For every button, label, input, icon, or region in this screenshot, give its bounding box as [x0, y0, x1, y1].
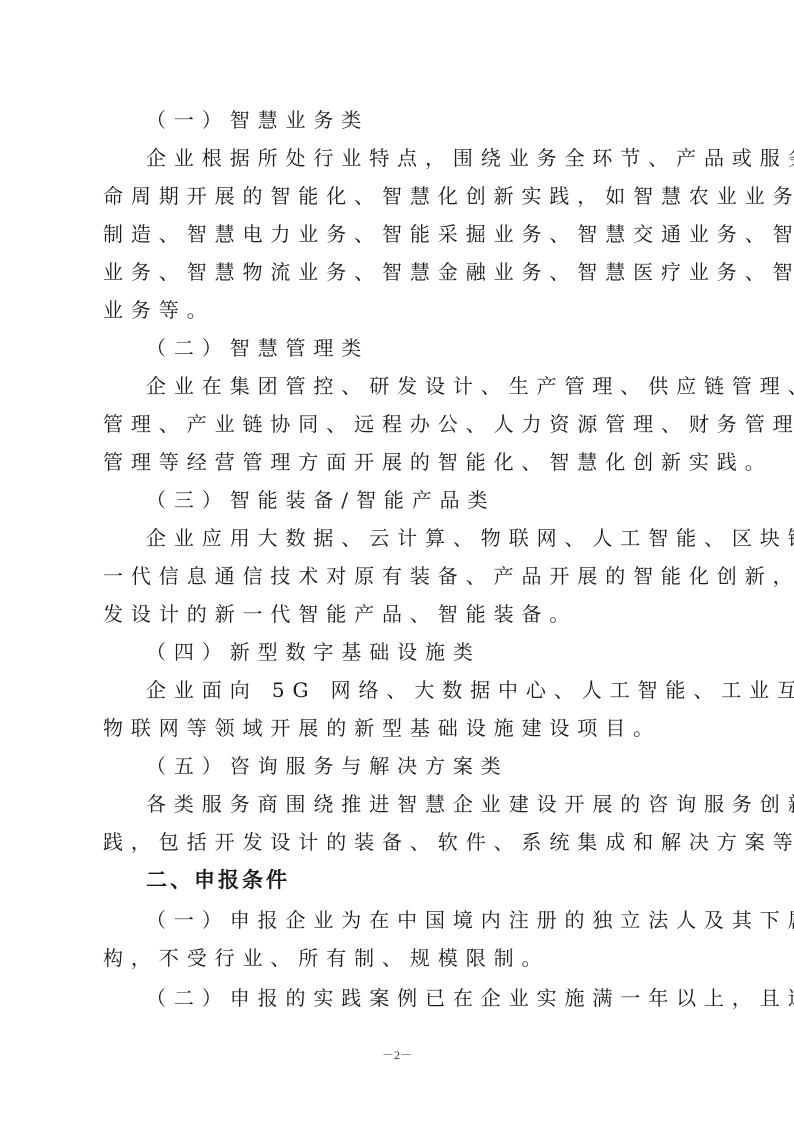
- paragraph-line: 各类服务商围绕推进智慧企业建设开展的咨询服务创新实: [146, 792, 746, 816]
- paragraph-line: 企业应用大数据、云计算、物联网、人工智能、区块链等新: [146, 526, 746, 550]
- section-heading-smart-management: （二）智慧管理类: [146, 336, 746, 360]
- paragraph-line: 企业面向 5G 网络、大数据中心、人工智能、工业互联网、: [146, 678, 746, 702]
- paragraph-line: 构，不受行业、所有制、规模限制。: [103, 946, 703, 970]
- paragraph-line: 命周期开展的智能化、智慧化创新实践，如智慧农业业务、智能: [103, 184, 703, 208]
- section-heading-consulting: （五）咨询服务与解决方案类: [146, 754, 746, 778]
- section-heading-smart-equipment: （三）智能装备/智能产品类: [146, 488, 746, 512]
- paragraph-line: 发设计的新一代智能产品、智能装备。: [103, 602, 703, 626]
- paragraph-line: 管理、产业链协同、远程办公、人力资源管理、财务管理、风险: [103, 412, 703, 436]
- paragraph-line: 管理等经营管理方面开展的智能化、智慧化创新实践。: [103, 450, 703, 474]
- paragraph-line: 业务、智慧物流业务、智慧金融业务、智慧医疗业务、智慧教育: [103, 260, 703, 284]
- paragraph-line: 企业根据所处行业特点，围绕业务全环节、产品或服务全生: [146, 146, 746, 170]
- paragraph-line: （二）申报的实践案例已在企业实施满一年以上，且运行状: [146, 986, 746, 1010]
- paragraph-line: 业务等。: [103, 298, 703, 322]
- paragraph-line: （一）申报企业为在中国境内注册的独立法人及其下属机: [146, 908, 746, 932]
- paragraph-line: 制造、智慧电力业务、智能采掘业务、智慧交通业务、智慧零售: [103, 222, 703, 246]
- chapter-heading-application-conditions: 二、申报条件: [146, 868, 746, 892]
- page-number: －2－: [0, 1046, 794, 1063]
- paragraph-line: 企业在集团管控、研发设计、生产管理、供应链管理、销售: [146, 374, 746, 398]
- paragraph-line: 一代信息通信技术对原有装备、产品开展的智能化创新，以及研: [103, 564, 703, 588]
- section-heading-digital-infrastructure: （四）新型数字基础设施类: [146, 640, 746, 664]
- paragraph-line: 践，包括开发设计的装备、软件、系统集成和解决方案等。: [103, 830, 703, 854]
- section-heading-smart-business: （一）智慧业务类: [146, 108, 746, 132]
- paragraph-line: 物联网等领域开展的新型基础设施建设项目。: [103, 716, 703, 740]
- document-page: （一）智慧业务类 企业根据所处行业特点，围绕业务全环节、产品或服务全生 命周期开…: [0, 0, 794, 1123]
